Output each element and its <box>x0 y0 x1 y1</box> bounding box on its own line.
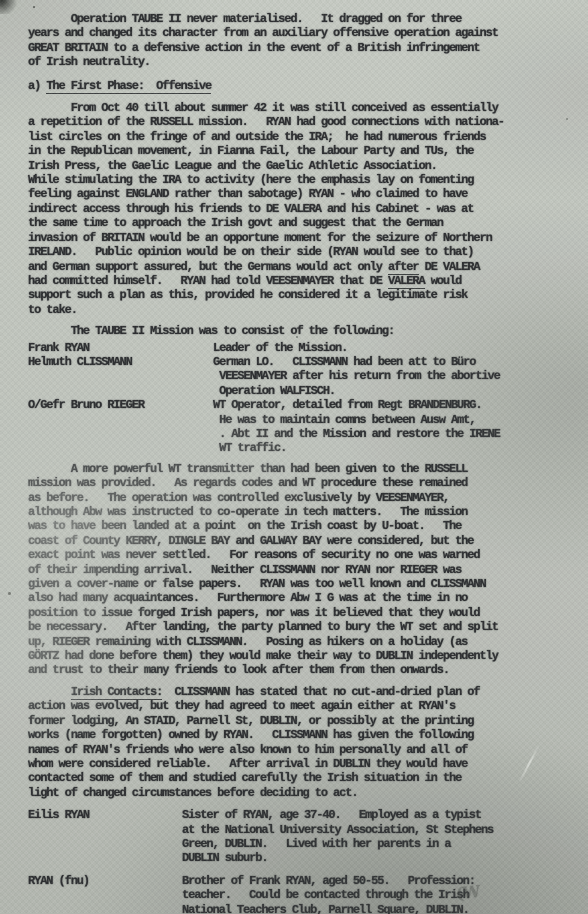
heading-prefix: a) <box>28 79 46 93</box>
mission-roster-intro: The TAUBE II Mission was to consist of t… <box>28 324 588 338</box>
scan-speck <box>566 118 568 120</box>
table-row: Eilis RYAN Sister of RYAN, age 37-40. Em… <box>28 808 588 866</box>
paragraph-first-phase: From Oct 40 till about summer 42 it was … <box>28 101 588 317</box>
scan-speck <box>33 6 35 8</box>
contact-name: Eilis RYAN <box>28 808 182 822</box>
table-row: Frank RYAN Leader of the Mission. <box>28 341 588 355</box>
underlined-word-after: after <box>388 260 419 276</box>
contact-description: Brother of Frank RYAN, aged 50-55. Profe… <box>182 874 475 914</box>
roster-name: O/Gefr Bruno RIEGER <box>28 398 213 412</box>
section-heading-first-phase: a) The First Phase: Offensive <box>28 79 588 93</box>
paragraph-wt-transmitter: A more powerful WT transmitter than had … <box>28 462 588 678</box>
paragraph-intro: Operation TAUBE II never materialised. I… <box>28 12 588 70</box>
paragraph-text: From Oct 40 till about summer 42 it was … <box>28 101 504 273</box>
scan-speck <box>296 336 298 338</box>
roster-name: Helmuth CLISSMANN <box>28 355 213 369</box>
heading-underlined-text: The First Phase: Offensive <box>46 79 211 95</box>
mission-roster-table: Frank RYAN Leader of the Mission. Helmut… <box>28 341 588 456</box>
paragraph-indent <box>28 685 71 699</box>
roster-name: Frank RYAN <box>28 341 213 355</box>
table-row: Helmuth CLISSMANN German LO. CLISSMANN h… <box>28 355 588 398</box>
scan-speck <box>8 592 11 595</box>
scanned-document-page: Operation TAUBE II never materialised. I… <box>0 0 588 914</box>
contact-description: Sister of RYAN, age 37-40. Employed as a… <box>182 808 493 866</box>
paragraph-text: CLISSMANN has stated that no cut-and-dri… <box>28 685 480 800</box>
table-row: O/Gefr Bruno RIEGER WT Operator, detaile… <box>28 398 588 456</box>
contact-name: RYAN (fnu) <box>28 874 182 888</box>
scan-corner-smudge <box>0 0 21 14</box>
roster-role: Leader of the Mission. <box>213 341 347 355</box>
paragraph-irish-contacts: Irish Contacts: CLISSMANN has stated tha… <box>28 685 588 800</box>
roster-role: German LO. CLISSMANN had been att to Bür… <box>213 355 500 398</box>
contacts-table: Eilis RYAN Sister of RYAN, age 37-40. Em… <box>28 808 588 914</box>
roster-role: WT Operator, detailed from Regt BRANDENB… <box>213 398 500 456</box>
table-row: RYAN (fnu) Brother of Frank RYAN, aged 5… <box>28 874 588 914</box>
